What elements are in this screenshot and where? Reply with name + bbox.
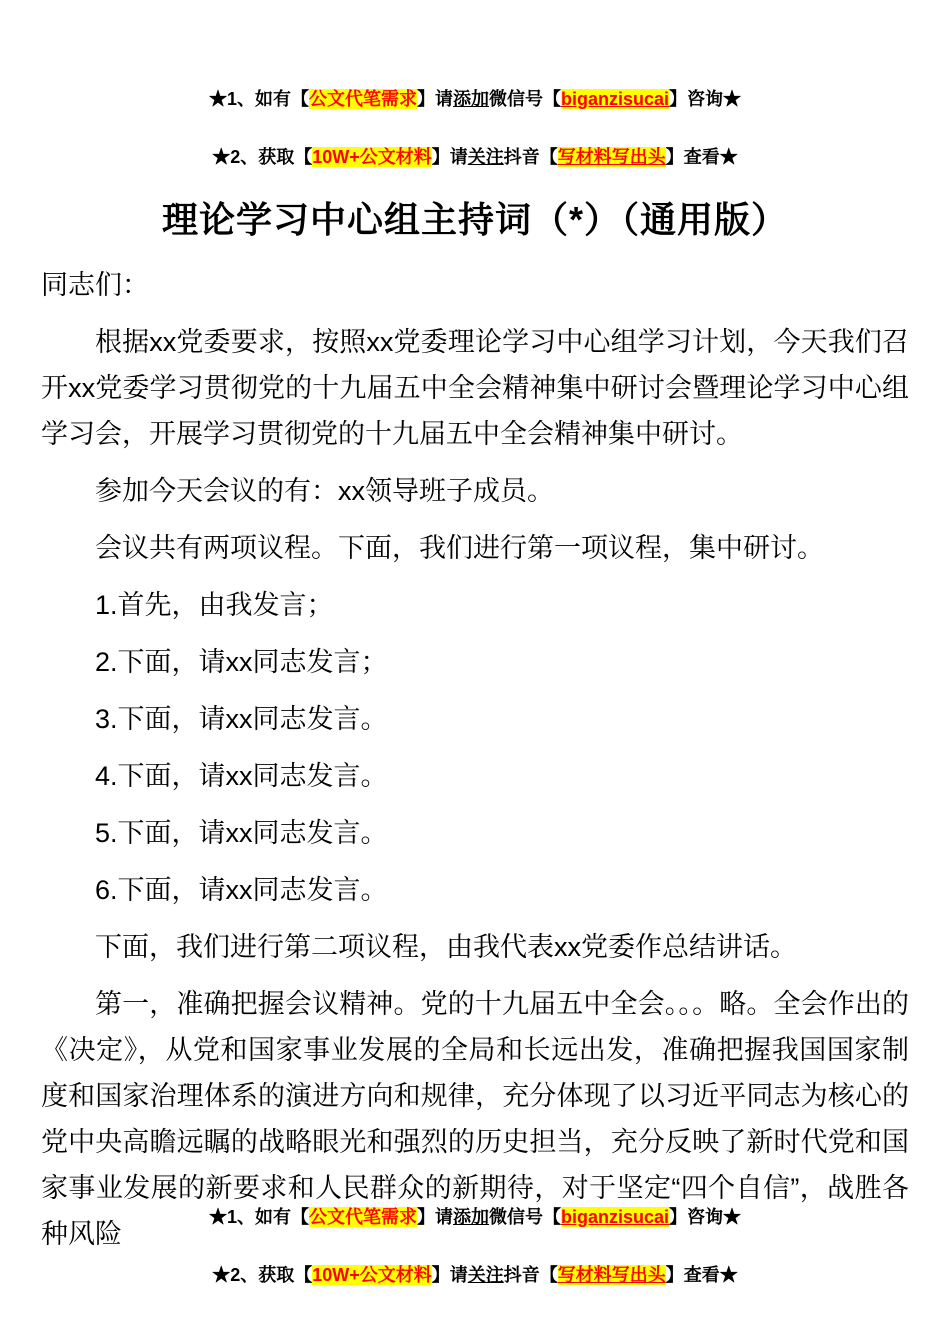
promo-highlight: 公文代笔需求 (309, 89, 417, 109)
promo-text: ★2、获取【 (212, 1265, 312, 1285)
promo-text: 】咨询★ (669, 1207, 741, 1227)
document-title: 理论学习中心组主持词（*）（通用版） (0, 195, 950, 245)
paragraph: 5.下面，请xx同志发言。 (41, 810, 909, 856)
header-promo-line-2: ★2、获取【10W+公文材料】请关注抖音【写材料写出头】查看★ (0, 137, 950, 177)
promo-wechat-id: biganzisucai (561, 89, 669, 109)
promo-text: 】查看★ (666, 147, 738, 167)
paragraph: 1.首先，由我发言； (41, 582, 909, 628)
promo-douyin-id: 写材料写出头 (558, 1265, 666, 1285)
promo-underline-text: 关注 (468, 147, 504, 167)
promo-text: 】请 (432, 147, 468, 167)
paragraph: 6.下面，请xx同志发言。 (41, 867, 909, 913)
promo-text: 】请 (417, 89, 453, 109)
document-page: ★1、如有【公文代笔需求】请添加微信号【biganzisucai】咨询★ ★2、… (0, 0, 950, 1344)
footer-promo-line-2: ★2、获取【10W+公文材料】请关注抖音【写材料写出头】查看★ (0, 1255, 950, 1295)
promo-text: 】请 (417, 1207, 453, 1227)
document-body: 同志们：根据xx党委要求，按照xx党委理论学习中心组学习计划，今天我们召开xx党… (0, 245, 950, 1257)
promo-text: ★2、获取【 (212, 147, 312, 167)
paragraph: 根据xx党委要求，按照xx党委理论学习中心组学习计划，今天我们召开xx党委学习贯… (41, 319, 909, 457)
promo-text: ★1、如有【 (209, 89, 309, 109)
promo-text: ★1、如有【 (209, 1207, 309, 1227)
promo-highlight: 10W+公文材料 (312, 147, 432, 167)
promo-text: 】咨询★ (669, 89, 741, 109)
promo-wechat-id: biganzisucai (561, 1207, 669, 1227)
paragraph: 4.下面，请xx同志发言。 (41, 753, 909, 799)
footer-promo-line-1: ★1、如有【公文代笔需求】请添加微信号【biganzisucai】咨询★ (0, 1197, 950, 1237)
promo-text: 】请 (432, 1265, 468, 1285)
header-promo-line-1: ★1、如有【公文代笔需求】请添加微信号【biganzisucai】咨询★ (0, 79, 950, 119)
promo-underline-text: 添加 (453, 1207, 489, 1227)
paragraph: 3.下面，请xx同志发言。 (41, 696, 909, 742)
promo-text: 微信号【 (489, 1207, 561, 1227)
promo-highlight: 10W+公文材料 (312, 1265, 432, 1285)
promo-text: 】查看★ (666, 1265, 738, 1285)
header-promo: ★1、如有【公文代笔需求】请添加微信号【biganzisucai】咨询★ ★2、… (0, 0, 950, 177)
footer-promo: ★1、如有【公文代笔需求】请添加微信号【biganzisucai】咨询★ ★2、… (0, 1179, 950, 1313)
promo-highlight: 公文代笔需求 (309, 1207, 417, 1227)
paragraph: 2.下面，请xx同志发言； (41, 639, 909, 685)
promo-text: 微信号【 (489, 89, 561, 109)
promo-text: 抖音【 (504, 147, 558, 167)
promo-underline-text: 关注 (468, 1265, 504, 1285)
paragraph: 参加今天会议的有：xx领导班子成员。 (41, 468, 909, 514)
paragraph: 下面，我们进行第二项议程，由我代表xx党委作总结讲话。 (41, 924, 909, 970)
paragraph: 同志们： (41, 262, 909, 308)
promo-text: 抖音【 (504, 1265, 558, 1285)
paragraph: 会议共有两项议程。下面，我们进行第一项议程，集中研讨。 (41, 525, 909, 571)
promo-underline-text: 添加 (453, 89, 489, 109)
promo-douyin-id: 写材料写出头 (558, 147, 666, 167)
